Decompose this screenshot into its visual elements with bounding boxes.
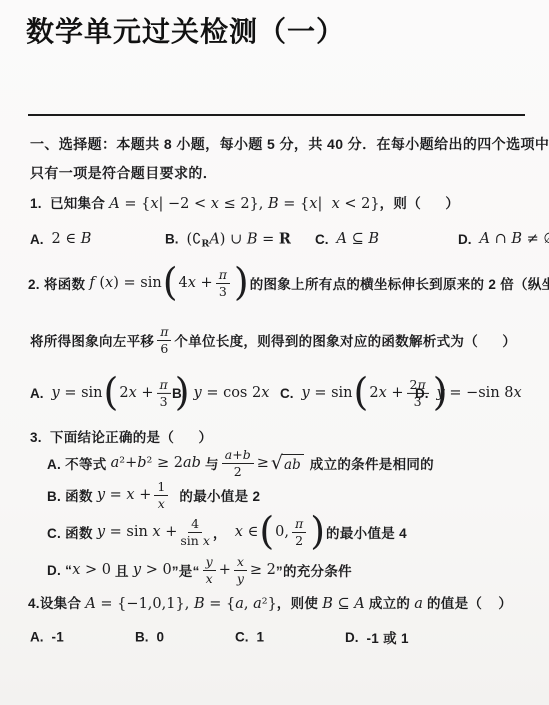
fraction-numerator: a+b bbox=[222, 448, 254, 464]
option-label: B. bbox=[135, 630, 149, 645]
option-d: D.A ∩ B ≠ ∅ bbox=[458, 231, 549, 247]
big-left-paren: ( bbox=[259, 514, 274, 548]
question-2-stem-line1: 2. 将函数 f (x) = sin(4x +π3)的图象上所有点的横坐标伸长到… bbox=[28, 260, 549, 306]
option-c: C.1 bbox=[235, 630, 264, 645]
text-run: 的值是（ ） bbox=[423, 596, 512, 611]
question-1-stem: 1. 已知集合 A = {x| −2 < x ≤ 2}, B = {x| x <… bbox=[30, 192, 549, 218]
math-run: ≥ 2 bbox=[250, 562, 276, 578]
math-run: a bbox=[414, 596, 423, 612]
text-run: 的最小值是 2 bbox=[171, 485, 260, 505]
text-run: 1. 已知集合 bbox=[30, 196, 109, 211]
text-run: ”是“ bbox=[172, 560, 200, 580]
fraction-denominator: y bbox=[237, 571, 244, 586]
fraction: 4sin x bbox=[180, 517, 210, 548]
square-root: √ab bbox=[271, 454, 304, 473]
text-run: ”的充分条件 bbox=[276, 560, 352, 580]
option-label: C. bbox=[280, 386, 294, 401]
big-left-paren: ( bbox=[104, 375, 119, 409]
fraction-numerator: π bbox=[216, 268, 230, 284]
fraction-numerator: 4 bbox=[188, 517, 202, 533]
option-c: C.A ⊆ B bbox=[315, 231, 379, 247]
text-run: 与 bbox=[201, 453, 219, 473]
text-run: -1 或 1 bbox=[367, 627, 409, 647]
math-run: A = {x| −2 < x ≤ 2}, B = {x| x < 2} bbox=[109, 196, 379, 212]
math-run: y = −sin 8x bbox=[437, 385, 522, 401]
fraction-denominator: sin x bbox=[180, 533, 210, 548]
document-title: 数学单元过关检测（一） bbox=[26, 10, 345, 50]
fraction-numerator: π bbox=[157, 378, 171, 394]
text-run: 的最小值是 4 bbox=[326, 522, 407, 542]
math-run: 4x + bbox=[179, 275, 213, 291]
fraction-numerator: π bbox=[292, 517, 306, 533]
math-run: y = sin bbox=[302, 385, 353, 401]
radicand: ab bbox=[282, 454, 304, 473]
section-instructions-line2: 只有一项是符合题目要求的． bbox=[30, 163, 217, 183]
math-run: f (x) = sin bbox=[89, 275, 161, 291]
fraction-numerator: π bbox=[157, 325, 171, 341]
math-run: B ⊆ A bbox=[322, 596, 365, 612]
fraction: 1x bbox=[154, 480, 168, 511]
fraction-denominator: x bbox=[158, 496, 165, 511]
text-run: 1 bbox=[257, 630, 265, 645]
text-run: ，则使 bbox=[277, 596, 322, 611]
text-run: 0 bbox=[157, 630, 165, 645]
text-run: ， bbox=[213, 522, 235, 542]
math-run: y = sin bbox=[52, 385, 103, 401]
option-a: A.-1 bbox=[30, 630, 64, 645]
divider-line bbox=[28, 114, 525, 116]
math-run: y > 0 bbox=[133, 562, 172, 578]
text-run: 成立的 bbox=[365, 596, 415, 611]
big-left-paren: ( bbox=[163, 265, 178, 299]
math-run: A ∩ B ≠ ∅ bbox=[480, 231, 549, 247]
text-run: 的图象上所有点的横坐标伸长到原来的 2 倍（纵坐标不变），再 bbox=[250, 273, 549, 293]
option-label: D. bbox=[415, 386, 429, 401]
fraction-numerator: x bbox=[234, 555, 247, 571]
scanned-test-page: 数学单元过关检测（一） 一、选择题：本题共 8 小题，每小题 5 分，共 40 … bbox=[0, 0, 549, 705]
text-run: 4.设集合 bbox=[28, 596, 85, 611]
math-run: 2 ∈ B bbox=[52, 231, 92, 247]
text-run: 3. 下面结论正确的是（ ） bbox=[30, 430, 212, 445]
math-run: y = cos 2x bbox=[194, 385, 270, 401]
math-run: x ∈ bbox=[235, 524, 259, 540]
math-run: y = sin x + bbox=[97, 524, 178, 540]
question-2-options: A.y = sin(2x +π3)B.y = cos 2xC.y = sin(2… bbox=[0, 370, 549, 416]
fraction-denominator: 2 bbox=[295, 533, 303, 548]
option-label: D. bbox=[458, 232, 472, 247]
fraction: π2 bbox=[292, 517, 306, 548]
text-run: A. 不等式 bbox=[47, 453, 111, 473]
text-run: 将所得图象向左平移 bbox=[30, 330, 154, 350]
math-run: ≥ bbox=[257, 455, 269, 471]
option-label: D. bbox=[345, 630, 359, 645]
fraction-numerator: 1 bbox=[154, 480, 168, 496]
option-label: C. bbox=[235, 630, 249, 645]
option-label: B. bbox=[165, 232, 179, 247]
math-run: a²+b² ≥ 2ab bbox=[111, 455, 201, 471]
text-run: B. 函数 bbox=[47, 485, 97, 505]
math-run: 2x + bbox=[369, 385, 403, 401]
text-run: 成立的条件是相同的 bbox=[306, 453, 434, 473]
question-4-options: A.-1B.0C.1D.-1 或 1 bbox=[0, 624, 549, 650]
math-run: (∁ bbox=[187, 231, 202, 247]
math-run: x > 0 bbox=[72, 562, 111, 578]
option-label: A. bbox=[30, 386, 44, 401]
option-b: B.(∁RA) ∪ B = R bbox=[165, 231, 291, 248]
text-run: ，则（ ） bbox=[380, 196, 460, 211]
text-run: 且 bbox=[111, 560, 133, 580]
option-label: B. bbox=[172, 386, 186, 401]
math-run: A = {−1,0,1}, B = {a, a²} bbox=[85, 596, 276, 612]
option-a: A.y = sin(2x +π3) bbox=[30, 376, 191, 410]
fraction-denominator: 6 bbox=[160, 341, 168, 356]
big-left-paren: ( bbox=[354, 375, 369, 409]
fraction-denominator: x bbox=[206, 571, 213, 586]
section-instructions-line1: 一、选择题：本题共 8 小题，每小题 5 分，共 40 分．在每小题给出的四个选… bbox=[30, 134, 549, 154]
text-run: 个单位长度，则得到的图象对应的函数解析式为（ ） bbox=[174, 330, 516, 350]
fraction: xy bbox=[234, 555, 247, 586]
option-label: A. bbox=[30, 630, 44, 645]
text-run: C. 函数 bbox=[47, 522, 97, 542]
question-1-options: A.2 ∈ BB.(∁RA) ∪ B = RC.A ⊆ BD.A ∩ B ≠ ∅ bbox=[0, 224, 549, 254]
fraction: π3 bbox=[157, 378, 171, 409]
option-d: D.y = −sin 8x bbox=[415, 385, 522, 401]
option-label: C. bbox=[315, 232, 329, 247]
big-right-paren: ) bbox=[234, 265, 249, 299]
math-run: y = x + bbox=[97, 487, 152, 503]
option-b: B.y = cos 2x bbox=[172, 385, 269, 401]
math-run: A ⊆ B bbox=[337, 231, 380, 247]
option-d: D.-1 或 1 bbox=[345, 627, 409, 647]
option-label: A. bbox=[30, 232, 44, 247]
math-run: 0, bbox=[275, 524, 289, 540]
fraction: π3 bbox=[216, 268, 230, 299]
text-run: -1 bbox=[52, 630, 65, 645]
fraction-denominator: 3 bbox=[219, 284, 227, 299]
question-2-stem-line2: 将所得图象向左平移π6个单位长度，则得到的图象对应的函数解析式为（ ） bbox=[30, 318, 549, 362]
fraction: π6 bbox=[157, 325, 171, 356]
math-bold: R bbox=[279, 231, 291, 248]
fraction-denominator: 3 bbox=[160, 394, 168, 409]
question-4-stem: 4.设集合 A = {−1,0,1}, B = {a, a²}，则使 B ⊆ A… bbox=[28, 592, 549, 618]
math-run: A) ∪ B = bbox=[209, 231, 279, 247]
option-b: B.0 bbox=[135, 630, 164, 645]
fraction-numerator: y bbox=[203, 555, 216, 571]
question-3-option-d: D. “x > 0 且 y > 0”是“yx+xy≥ 2”的充分条件 bbox=[47, 548, 549, 592]
fraction: yx bbox=[203, 555, 216, 586]
text-run: 2. 将函数 bbox=[28, 273, 89, 293]
math-run: + bbox=[219, 562, 231, 578]
option-a: A.2 ∈ B bbox=[30, 231, 91, 247]
math-subscript: R bbox=[201, 239, 209, 250]
math-run: 2x + bbox=[119, 385, 153, 401]
big-right-paren: ) bbox=[310, 514, 325, 548]
text-run: D. “ bbox=[47, 563, 72, 578]
